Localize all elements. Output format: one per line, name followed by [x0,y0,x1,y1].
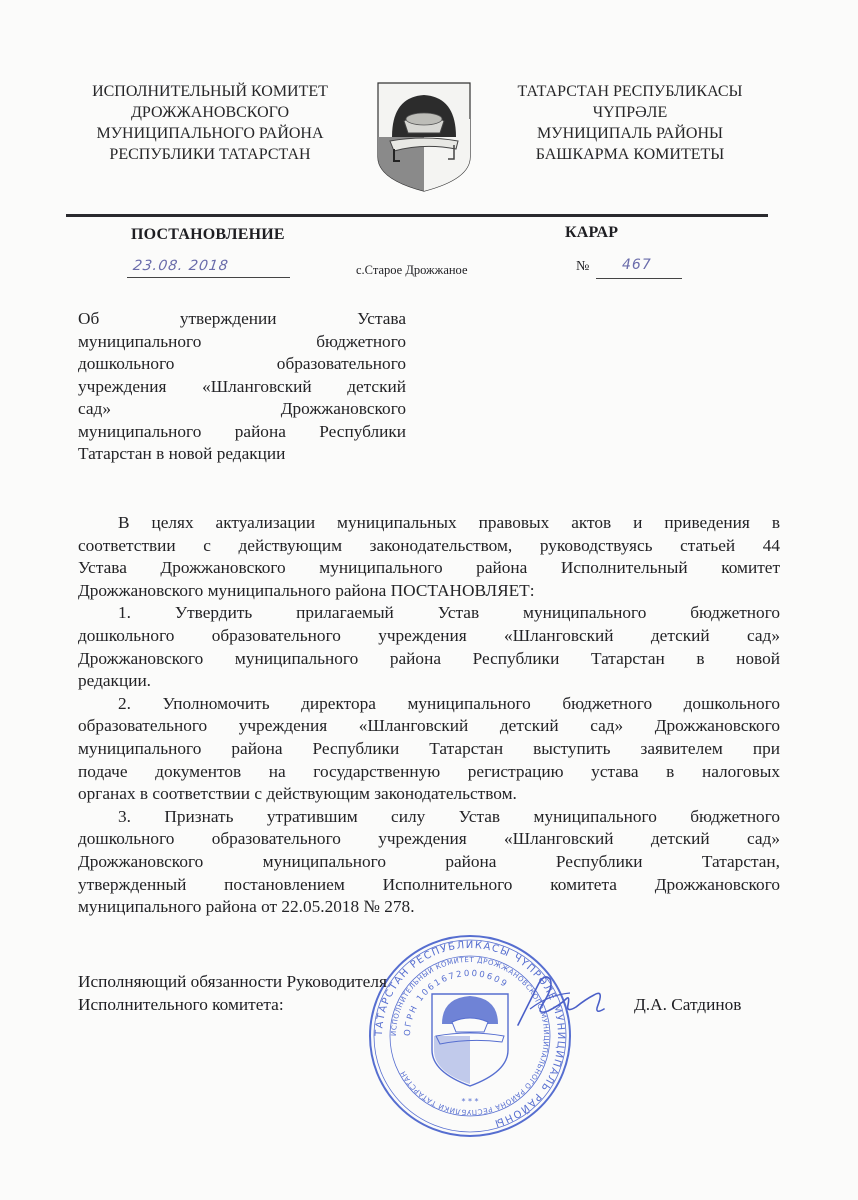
header-left-line: МУНИЦИПАЛЬНОГО РАЙОНА [60,123,360,144]
subject-line: муниципального района Республики [78,421,406,444]
body-line: образовательного учреждения «Шланговский… [78,715,780,738]
body-line: соответствии с действующим законодательс… [78,535,780,558]
handwritten-date: 23.08. 2018 [132,258,230,274]
place-label: с.Старое Дрожжаное [356,263,468,278]
header-left-line: РЕСПУБЛИКИ ТАТАРСТАН [60,144,360,165]
subject-line: сад» Дрожжановского [78,398,406,421]
resolution-item-1: 1. Утвердить прилагаемый Устав муниципал… [78,602,780,692]
body-line: муниципального района Республики Татарст… [78,738,780,761]
header-right-org-name: ТАТАРСТАН РЕСПУБЛИКАСЫ ЧҮПРӘЛЕ МУНИЦИПАЛ… [480,81,780,165]
body-line: дошкольного образовательного учреждения … [78,625,780,648]
number-sign: № [576,259,589,275]
subject-line: дошкольного образовательного [78,353,406,376]
body-line: редакции. [78,670,780,693]
body-line: Устава Дрожжановского муниципального рай… [78,557,780,580]
subject-line: Об утверждении Устава [78,308,406,331]
subject-line: муниципального бюджетного [78,331,406,354]
signatory-position-line2: Исполнительного комитета: [78,995,284,1015]
handwritten-number: 467 [622,257,652,273]
header-right-line: МУНИЦИПАЛЬ РАЙОНЫ [480,123,780,144]
body-line: Дрожжановского муниципального района ПОС… [78,580,780,603]
body-line: Дрожжановского муниципального района Рес… [78,648,780,671]
header-right-line: ЧҮПРӘЛЕ [480,102,780,123]
body-line: 1. Утвердить прилагаемый Устав муниципал… [78,602,780,625]
body-line: дошкольного образовательного учреждения … [78,828,780,851]
body-line: подаче документов на государственную рег… [78,761,780,784]
svg-text:* * *: * * * [461,1097,478,1106]
body-line: В целях актуализации муниципальных право… [78,512,780,535]
subject-line: Татарстан в новой редакции [78,443,406,466]
preamble-paragraph: В целях актуализации муниципальных право… [78,512,780,602]
body-line: органах в соответствии с действующим зак… [78,783,780,806]
header-right-line: БАШКАРМА КОМИТЕТЫ [480,144,780,165]
document-body: В целях актуализации муниципальных право… [78,512,780,919]
official-stamp: ТАТАРСТАН РЕСПУБЛИКАСЫ ЧҮПРӘЛЕ МУНИЦИПАЛ… [366,932,574,1140]
header-divider [66,214,768,217]
subject-line: учреждения «Шланговский детский [78,376,406,399]
header-left-line: ИСПОЛНИТЕЛЬНЫЙ КОМИТЕТ [60,81,360,102]
signatory-position-line1: Исполняющий обязанности Руководителя [78,972,387,992]
signatory-name: Д.А. Сатдинов [634,995,741,1015]
document-subject: Об утверждении Устава муниципального бюд… [78,308,406,466]
doc-type-title-tt: КАРАР [565,224,618,242]
body-line: 2. Уполномочить директора муниципального… [78,693,780,716]
doc-type-title-ru: ПОСТАНОВЛЕНИЕ [131,226,285,244]
header-left-org-name: ИСПОЛНИТЕЛЬНЫЙ КОМИТЕТ ДРОЖЖАНОВСКОГО МУ… [60,81,360,165]
handwritten-signature [508,965,618,1035]
body-line: муниципального района от 22.05.2018 № 27… [78,896,780,919]
resolution-item-2: 2. Уполномочить директора муниципального… [78,693,780,806]
resolution-item-3: 3. Признать утратившим силу Устав муници… [78,806,780,919]
body-line: утвержденный постановлением Исполнительн… [78,874,780,897]
body-line: 3. Признать утратившим силу Устав муници… [78,806,780,829]
body-line: Дрожжановского муниципального района Рес… [78,851,780,874]
coat-of-arms-icon [370,79,478,195]
header-right-line: ТАТАРСТАН РЕСПУБЛИКАСЫ [480,81,780,102]
header-left-line: ДРОЖЖАНОВСКОГО [60,102,360,123]
